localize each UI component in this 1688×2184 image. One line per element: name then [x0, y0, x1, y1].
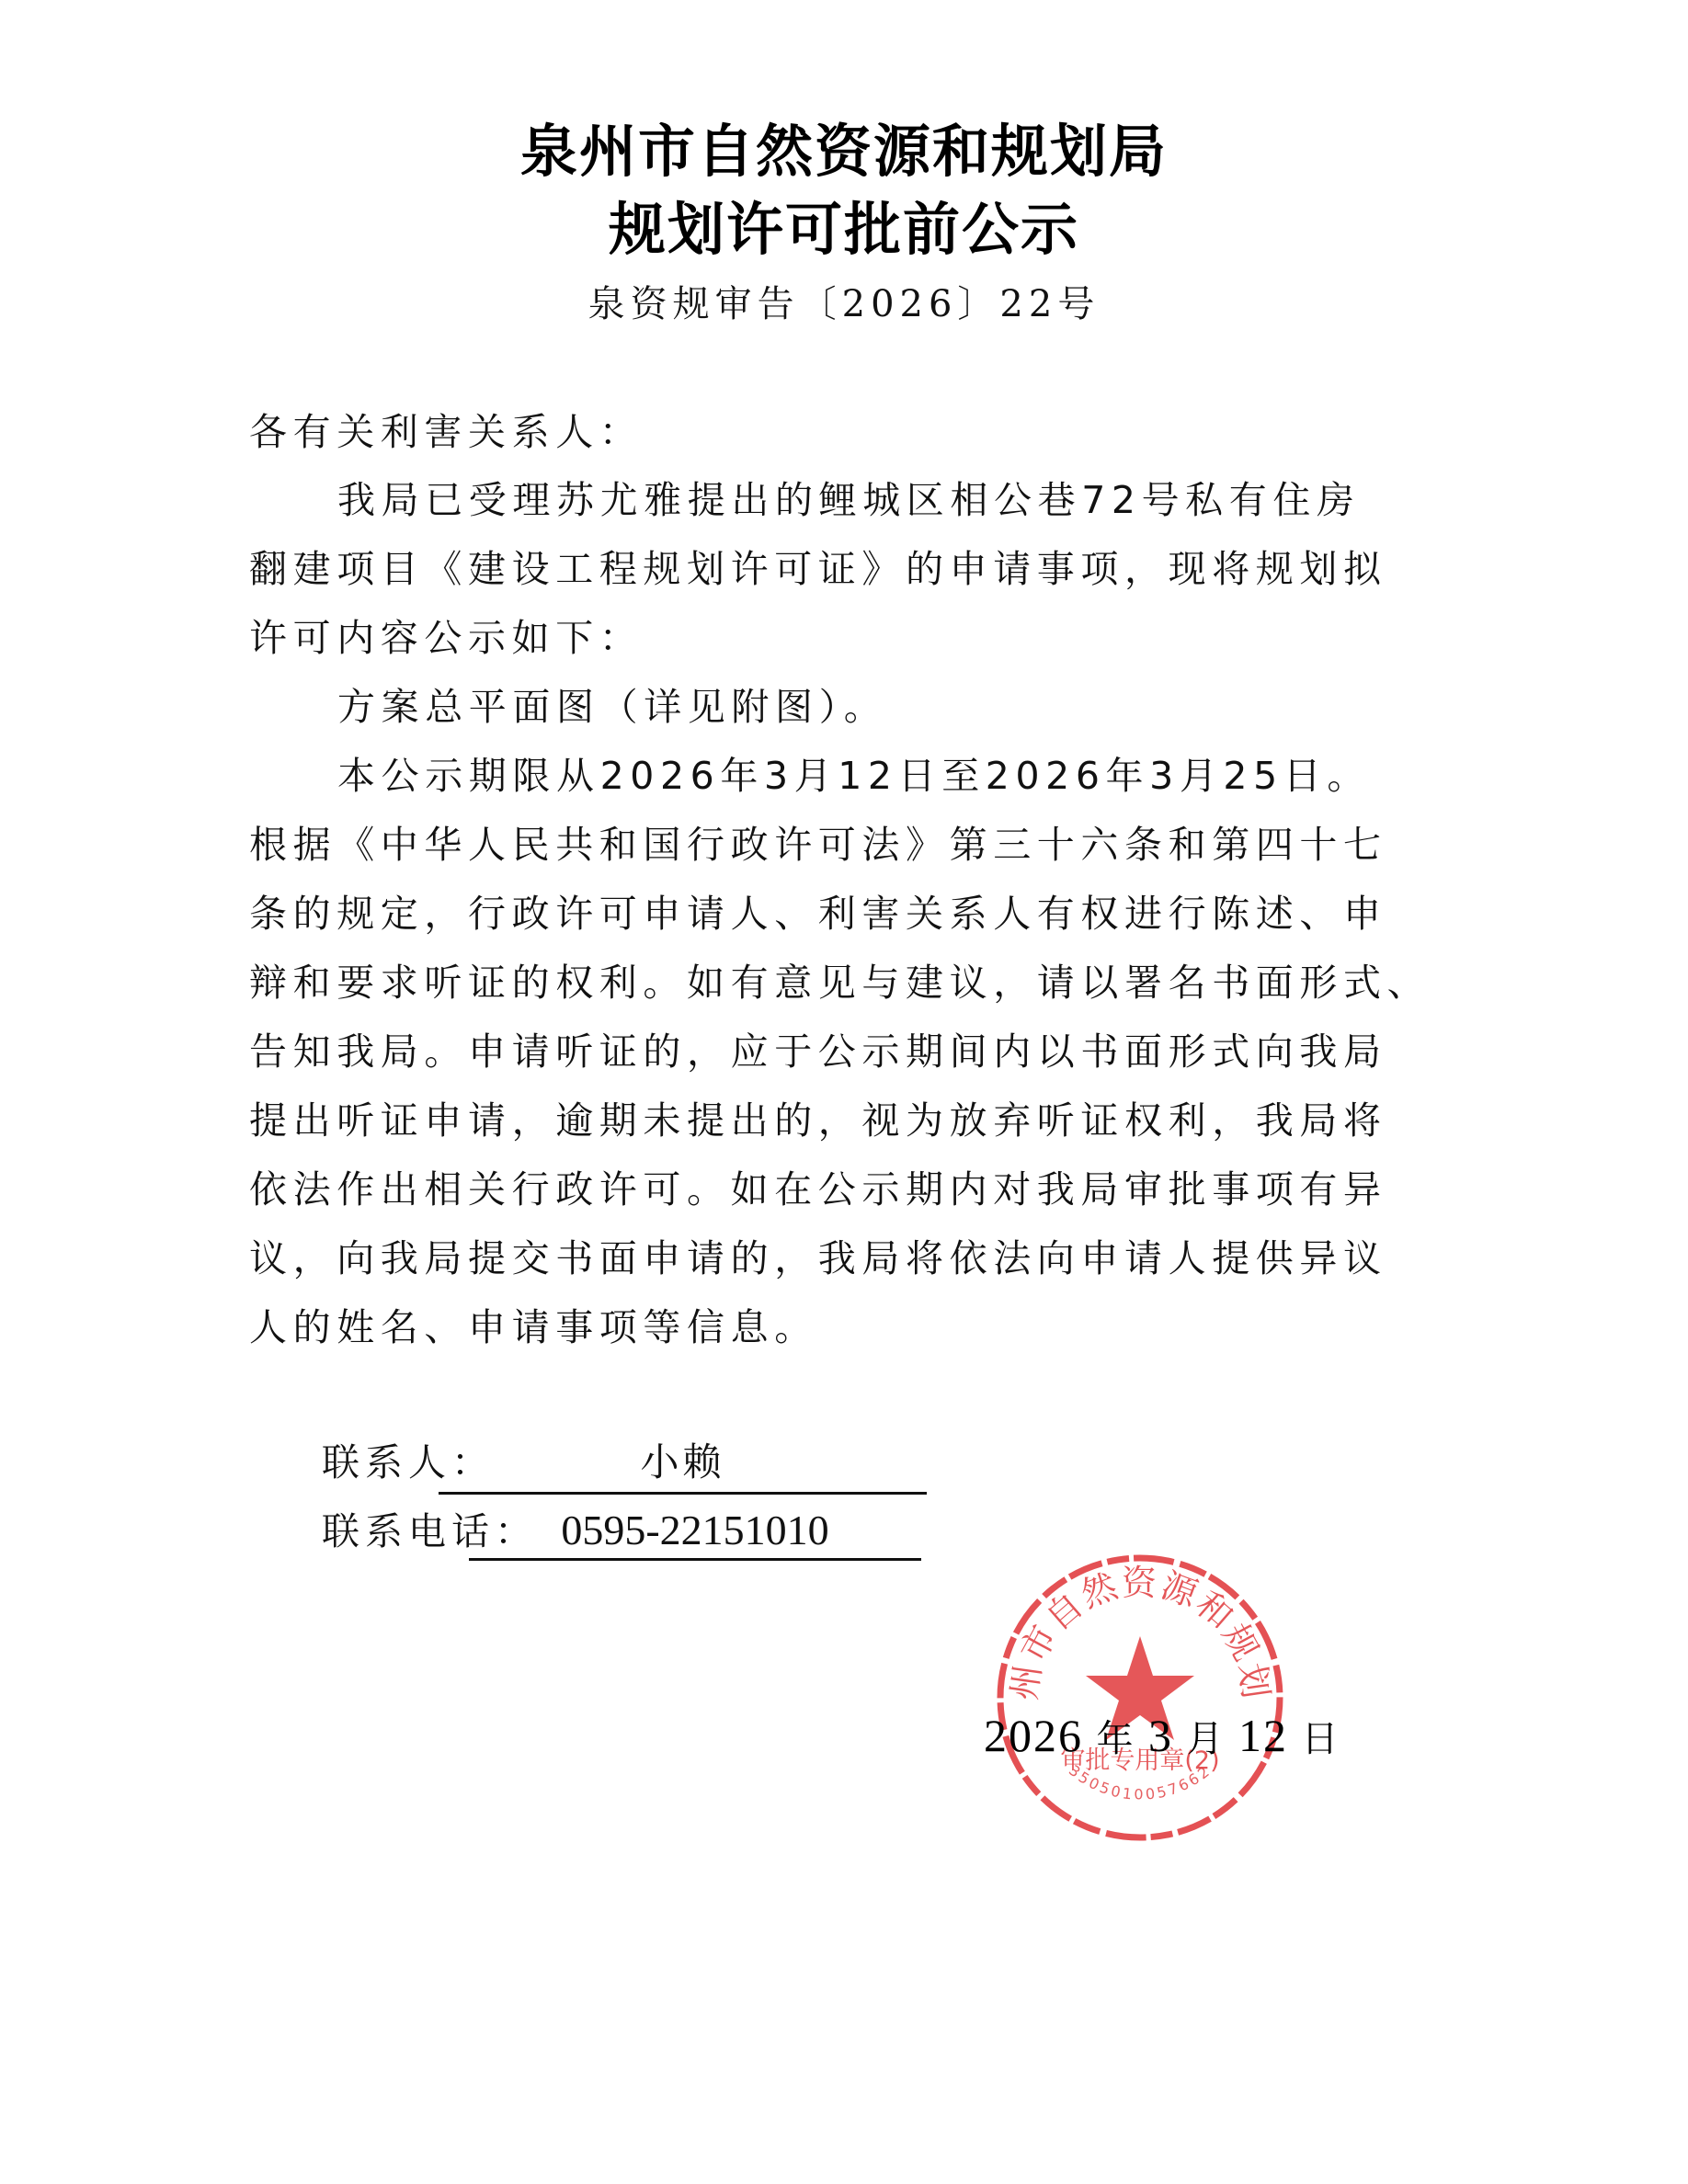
body-line: 告知我局。申请听证的，应于公示期间内以书面形式向我局 — [249, 1029, 1387, 1074]
date-day-unit: 日 — [1302, 1718, 1340, 1760]
body-line: 依法作出相关行政许可。如在公示期内对我局审批事项有异 — [249, 1167, 1387, 1211]
date-year-unit: 年 — [1097, 1718, 1135, 1760]
body-line: 根据《中华人民共和国行政许可法》第三十六条和第四十七 — [249, 823, 1387, 867]
body-line: 提出听证申请，逾期未提出的，视为放弃听证权利，我局将 — [249, 1098, 1387, 1143]
signature-date: 2026 年 3 月 12 日 — [984, 1710, 1340, 1765]
body-line: 许可内容公示如下： — [249, 616, 643, 660]
body-line: 议，向我局提交书面申请的，我局将依法向申请人提供异议 — [249, 1236, 1387, 1280]
body-line: 翻建项目《建设工程规划许可证》的申请事项，现将规划拟 — [249, 547, 1387, 591]
contact-phone-value: 0595-22151010 — [469, 1508, 921, 1561]
page-subtitle: 规划许可批前公示 — [0, 198, 1688, 262]
body-line: 我局已受理苏尤雅提出的鲤城区相公巷72号私有住房 — [337, 478, 1361, 522]
official-seal-icon: 泉州市自然资源和规划局 审批专用章(2) 3505010057662 — [991, 1552, 1289, 1844]
date-year: 2026 — [984, 1710, 1083, 1761]
document-number: 泉资规审告〔2026〕22号 — [0, 281, 1688, 327]
page-title: 泉州市自然资源和规划局 — [0, 119, 1688, 184]
date-day: 12 — [1238, 1710, 1288, 1761]
salutation: 各有关利害关系人： — [249, 410, 643, 454]
body-line: 辩和要求听证的权利。如有意见与建议，请以署名书面形式、 — [249, 961, 1431, 1005]
body-line: 本公示期限从2026年3月12日至2026年3月25日。 — [337, 754, 1371, 798]
body-line: 方案总平面图（详见附图）。 — [337, 685, 887, 729]
date-month-unit: 月 — [1187, 1718, 1226, 1760]
date-month: 3 — [1148, 1710, 1173, 1761]
body-line: 人的姓名、申请事项等信息。 — [249, 1305, 818, 1349]
contact-person-value: 小赖 — [439, 1440, 927, 1495]
body-line: 条的规定，行政许可申请人、利害关系人有权进行陈述、申 — [249, 892, 1387, 936]
